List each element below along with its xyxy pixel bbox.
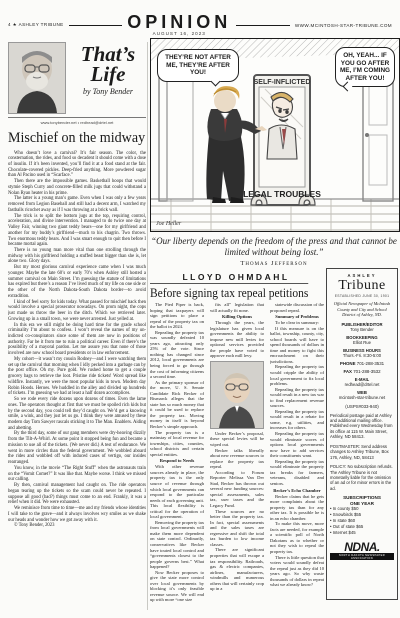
cartoon-floor-label: LEGAL TROUBLES: [243, 189, 321, 199]
hours-value: Thurs.-Fri. 8:30-5:00: [330, 353, 394, 358]
paragraph: By then, carnival management had caught …: [8, 483, 146, 506]
paragraph: The trick is to split the bottom jugs at…: [8, 214, 146, 248]
paragraph: The latter is a young man’s game. Even w…: [8, 196, 146, 213]
ndna-acronym: NDNA.: [330, 540, 394, 554]
omdahl-column-2-top: fits all” legislation that will actually…: [210, 302, 264, 359]
paragraph: We reminisce from time to time—me and my…: [8, 506, 146, 523]
paragraph: Becker talks liberally about new revenue…: [210, 448, 264, 470]
jefferson-quote: “Our liberty depends on the freedom of t…: [150, 236, 398, 267]
email-value: redhead@drtel.net: [330, 382, 394, 387]
star-icon: ★: [13, 22, 18, 27]
fax-line: FAX 701-288-3532: [330, 369, 394, 374]
paragraph: These sources are no better than the pro…: [210, 509, 264, 548]
masthead-established: ESTABLISHED JUNE 30, 1901: [330, 294, 394, 298]
ndna-logo: NDNA. NORTH DAKOTA NEWSPAPER ASSOCIATION: [330, 540, 394, 560]
masthead-box: ASHLEY Tribune ESTABLISHED JUNE 30, 1901…: [326, 268, 398, 600]
section-title: OPINION: [127, 14, 231, 31]
column-byline: by Tony Bender: [70, 87, 146, 96]
paragraph: Repealing the property tax would result …: [270, 409, 324, 431]
website: WWW.MCINTOSH-STAR-TRIBUNE.COM: [295, 23, 392, 28]
omdahl-headline: Before signing tax repeal petitions: [150, 283, 308, 301]
paragraph: Under Becker’s proposal, these special l…: [210, 431, 264, 448]
paragraph: To be clear in summary:: [270, 320, 324, 326]
thats-life-title-block: That’s Life by Tony Bender: [70, 42, 146, 114]
column-title: That’s Life: [70, 44, 146, 84]
tony-bender-photo: [8, 42, 66, 114]
paragraph: As the primary sponsor of the move, U. S…: [150, 380, 204, 430]
thats-life-headline: Mischief on the midway: [8, 130, 142, 147]
paragraph: So we rode every ride dozens upon dozens…: [8, 397, 146, 431]
paragraph: fits all” legislation that will actually…: [210, 302, 264, 313]
masthead-logo: Tribune: [330, 278, 394, 294]
tony-bender-portrait-drawing: [9, 43, 65, 113]
paragraph: Through the years, the legislature has g…: [210, 320, 264, 359]
editorial-cartoon: LEGAL TROUBLES SELF-INFLICTED THEY’RE NO…: [150, 38, 400, 232]
page-number: 4: [8, 22, 11, 27]
omdahl-column-2-bottom: Under Becker’s proposal, these special l…: [210, 431, 264, 592]
thats-life-column: That’s Life by Tony Bender www.tonybende…: [8, 42, 146, 610]
paragraph: If this measure is on the ballot, townsh…: [270, 326, 324, 365]
paragraph: Now Becker proposes to give the state mo…: [150, 570, 204, 603]
subscriptions-list: • In county $50• Snowbirds $55• In state…: [330, 506, 394, 535]
lloyd-omdahl-portrait-drawing: [211, 362, 263, 428]
paragraph: There is no young man more vital than on…: [8, 248, 146, 265]
paragraph: Becker claims that he gets more complain…: [270, 494, 324, 522]
omdahl-column-1: The Pied Piper is back, hoping that taxp…: [150, 302, 204, 612]
paragraph: To make this move, more facts are needed…: [270, 521, 324, 554]
ndna-full-name: NORTH DAKOTA NEWSPAPER ASSOCIATION: [330, 553, 394, 560]
phone-label: PHONE: [340, 361, 356, 366]
section-header: OPINION AUGUST 16, 2023: [127, 14, 231, 36]
paragraph: There is little question that voters wou…: [270, 555, 324, 588]
subhead: Becker’s Echo Chamber: [270, 488, 324, 493]
postmaster-statement: POSTMASTER: Send address changes to Ashl…: [330, 444, 394, 460]
publisher-name: Tony Bender: [330, 327, 394, 332]
bookkeeping-name: Elliot Rue: [330, 340, 394, 345]
paragraph: • Internet $45: [330, 530, 394, 536]
masthead-official-statement: Official Newspaper of McIntosh County an…: [330, 301, 394, 318]
speech-bubble-left: THEY’RE NOT AFTER ME, THEY’RE AFTER YOU!: [157, 49, 239, 82]
speech-bubble-right: OH, YEAH... IF YOU GO AFTER ME, I’M COMI…: [335, 47, 395, 87]
thats-life-article-body: Who doesn’t love a carnival? It’s fair s…: [8, 151, 146, 529]
author-contact-line: www.tonybender.net • redhead@drtel.net: [8, 117, 146, 125]
paragraph: Then there are the impossible games. Bas…: [8, 179, 146, 196]
cartoonist-signature: Joe Heller: [156, 221, 181, 227]
paragraph: There are significant properties that wi…: [210, 547, 264, 591]
quote-attribution: Thomas Jefferson: [150, 260, 398, 267]
usps-number: (USPS#033-940): [330, 404, 394, 409]
paragraph: My cohort—it wasn’t my cousin Rodney—and…: [8, 357, 146, 397]
paragraph: In this era we still might be doing hard…: [8, 323, 146, 357]
paragraph: © Tony Bender, 2023: [8, 523, 146, 529]
paragraph: But my most glorious carnival experience…: [8, 265, 146, 299]
phone-number: 701-288-3531: [357, 361, 384, 366]
fax-number: 701-288-3532: [353, 369, 380, 374]
paragraph: Repealing the property tax was soundly d…: [150, 330, 204, 380]
paragraph: Repealing the property tax would cripple…: [270, 364, 324, 386]
policy-statement: POLICY: No subscription refunds. The Ash…: [330, 464, 394, 491]
omdahl-article: The Pied Piper is back, hoping that taxp…: [150, 302, 324, 612]
subhead: Respond to Needs: [150, 458, 204, 463]
omdahl-column-3: statewide discussion of the proposed rep…: [270, 302, 324, 612]
paragraph: By the third day, some of our gang membe…: [8, 431, 146, 465]
subhead: Summary of Problems: [270, 314, 324, 319]
header-rule-left: [69, 25, 123, 26]
postage-statement: Periodical postage paid at Ashley and ad…: [330, 413, 394, 440]
header-rule-right: [236, 25, 290, 26]
paragraph: Repealing the property tax would elimina…: [270, 459, 324, 487]
lloyd-omdahl-photo: [210, 361, 264, 429]
cartoon-mirror-label: SELF-INFLICTED: [254, 79, 311, 86]
paragraph: I kind of feel sorry for kids today. Wha…: [8, 300, 146, 323]
paragraph: The property tax is a mainstay of local …: [150, 430, 204, 458]
subscriptions-section: SUBSCRIPTIONS ONE YEAR • In county $50• …: [330, 495, 394, 535]
paragraph: The Pied Piper is back, hoping that taxp…: [150, 302, 204, 330]
paper-name: ASHLEY TRIBUNE: [19, 22, 64, 27]
paragraph: You know, in the movie “The Right Stuff”…: [8, 466, 146, 483]
paragraph: statewide discussion of the proposed rep…: [270, 302, 324, 313]
quote-text: “Our liberty depends on the freedom of t…: [150, 236, 398, 259]
paragraph: Repealing the property tax would result …: [270, 387, 324, 409]
subhead: Killing Options: [210, 314, 264, 319]
column-divider: [147, 42, 148, 610]
omdahl-column-2: fits all” legislation that will actually…: [210, 302, 264, 612]
fax-label: FAX: [343, 369, 352, 374]
newspaper-opinion-page: 4 ★ ASHLEY TRIBUNE OPINION AUGUST 16, 20…: [0, 0, 400, 618]
thats-life-header: That’s Life by Tony Bender: [8, 42, 146, 114]
web-value: mcintosh-star-tribune.net: [330, 395, 394, 400]
paragraph: With other revenue sources already in pl…: [150, 464, 204, 519]
paragraph: Repealing the property tax would elimina…: [270, 431, 324, 459]
page-header: 4 ★ ASHLEY TRIBUNE OPINION AUGUST 16, 20…: [8, 12, 392, 38]
paragraph: Removing the property tax from local gov…: [150, 520, 204, 570]
paragraph: According to Forum Reporter Melissa Van …: [210, 470, 264, 509]
phone-line: PHONE 701-288-3531: [330, 361, 394, 366]
paragraph: Who doesn’t love a carnival? It’s fair s…: [8, 151, 146, 180]
page-number-and-paper: 4 ★ ASHLEY TRIBUNE: [8, 22, 64, 28]
omdahl-byline: LLOYD OHMDAHL: [150, 272, 322, 282]
